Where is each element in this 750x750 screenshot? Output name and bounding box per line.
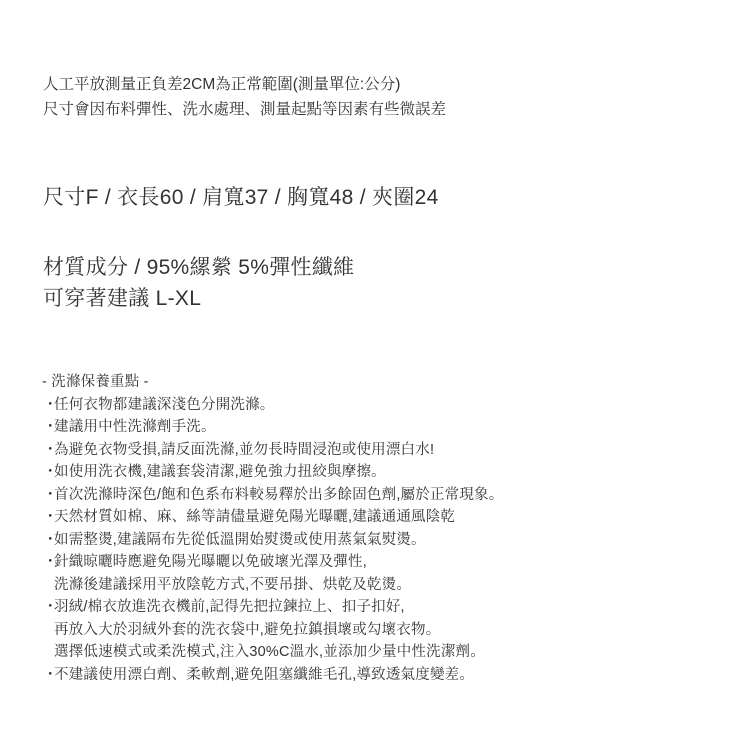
size-spec: 尺寸F / 衣長60 / 肩寬37 / 胸寬48 / 夾圈24 [43,183,720,213]
care-line: ・ 如需整燙,建議隔布先從低溫開始熨燙或使用蒸氣氣熨燙。 [43,529,720,552]
care-bullet: ・ [43,596,54,619]
care-text: 天然材質如棉、麻、絲等請儘量避免陽光曝曬,建議通通風陰乾 [54,506,720,529]
care-line: ・ 羽絨/棉衣放進洗衣機前,記得先把拉鍊拉上、扣子扣好, [43,596,720,619]
measurement-note-line1: 人工平放測量正負差2CM為正常範圍(測量單位:公分) [43,72,720,97]
measurement-notes: 人工平放測量正負差2CM為正常範圍(測量單位:公分) 尺寸會因布料彈性、洗水處理… [43,72,720,122]
care-text: 再放入大於羽絨外套的洗衣袋中,避免拉鎮損壞或勾壞衣物。 [54,619,720,642]
care-text: 選擇低速模式或柔洗模式,注入30%C溫水,並添加少量中性洗潔劑。 [54,641,720,664]
care-bullet: ・ [43,551,54,574]
care-text: 羽絨/棉衣放進洗衣機前,記得先把拉鍊拉上、扣子扣好, [54,596,720,619]
care-text: 如使用洗衣機,建議套袋清潔,避免強力扭絞與摩擦。 [54,461,720,484]
care-heading: - 洗滌保養重點 - [42,371,720,394]
care-bullet: ・ [43,461,54,484]
care-bullet: ・ [43,664,54,687]
care-line: ・ 不建議使用漂白劑、柔軟劑,避免阻塞纖維毛孔,導致透氣度變差。 [43,664,720,687]
product-description-page: 人工平放測量正負差2CM為正常範圍(測量單位:公分) 尺寸會因布料彈性、洗水處理… [0,0,750,750]
measurement-note-line2: 尺寸會因布料彈性、洗水處理、測量起點等因素有些微誤差 [43,97,720,122]
care-line: ・ 天然材質如棉、麻、絲等請儘量避免陽光曝曬,建議通通風陰乾 [43,506,720,529]
care-text: 建議用中性洗滌劑手洗。 [54,416,720,439]
care-text: 任何衣物都建議深淺色分開洗滌。 [54,394,720,417]
care-line: ・ 為避免衣物受損,請反面洗滌,並勿長時間浸泡或使用漂白水! [43,439,720,462]
material-info: 材質成分 / 95%縲縈 5%彈性纖維 可穿著建議 L-XL [43,252,720,314]
care-line-continuation: 洗滌後建議採用平放陰乾方式,不要吊掛、烘乾及乾燙。 [43,574,720,597]
care-bullet: ・ [43,394,54,417]
care-bullet: ・ [43,506,54,529]
care-bullet: ・ [43,484,54,507]
care-instructions: - 洗滌保養重點 - ・ 任何衣物都建議深淺色分開洗滌。 ・ 建議用中性洗滌劑手… [43,371,720,686]
material-composition: 材質成分 / 95%縲縈 5%彈性纖維 [43,252,720,283]
care-line: ・ 任何衣物都建議深淺色分開洗滌。 [43,394,720,417]
care-bullet: ・ [43,416,54,439]
wear-suggestion: 可穿著建議 L-XL [43,283,720,314]
care-line-continuation: 選擇低速模式或柔洗模式,注入30%C溫水,並添加少量中性洗潔劑。 [43,641,720,664]
care-bullet: ・ [43,439,54,462]
care-text: 不建議使用漂白劑、柔軟劑,避免阻塞纖維毛孔,導致透氣度變差。 [54,664,720,687]
care-text: 為避免衣物受損,請反面洗滌,並勿長時間浸泡或使用漂白水! [54,439,720,462]
care-text: 首次洗滌時深色/飽和色系布料較易釋於出多餘固色劑,屬於正常現象。 [54,484,720,507]
care-text: 針織晾曬時應避免陽光曝曬以免破壞光澤及彈性, [54,551,720,574]
care-text: 洗滌後建議採用平放陰乾方式,不要吊掛、烘乾及乾燙。 [54,574,720,597]
care-bullet: ・ [43,529,54,552]
care-line: ・ 建議用中性洗滌劑手洗。 [43,416,720,439]
care-line: ・ 如使用洗衣機,建議套袋清潔,避免強力扭絞與摩擦。 [43,461,720,484]
care-line: ・ 針織晾曬時應避免陽光曝曬以免破壞光澤及彈性, [43,551,720,574]
care-line-continuation: 再放入大於羽絨外套的洗衣袋中,避免拉鎮損壞或勾壞衣物。 [43,619,720,642]
care-text: 如需整燙,建議隔布先從低溫開始熨燙或使用蒸氣氣熨燙。 [54,529,720,552]
care-line: ・ 首次洗滌時深色/飽和色系布料較易釋於出多餘固色劑,屬於正常現象。 [43,484,720,507]
